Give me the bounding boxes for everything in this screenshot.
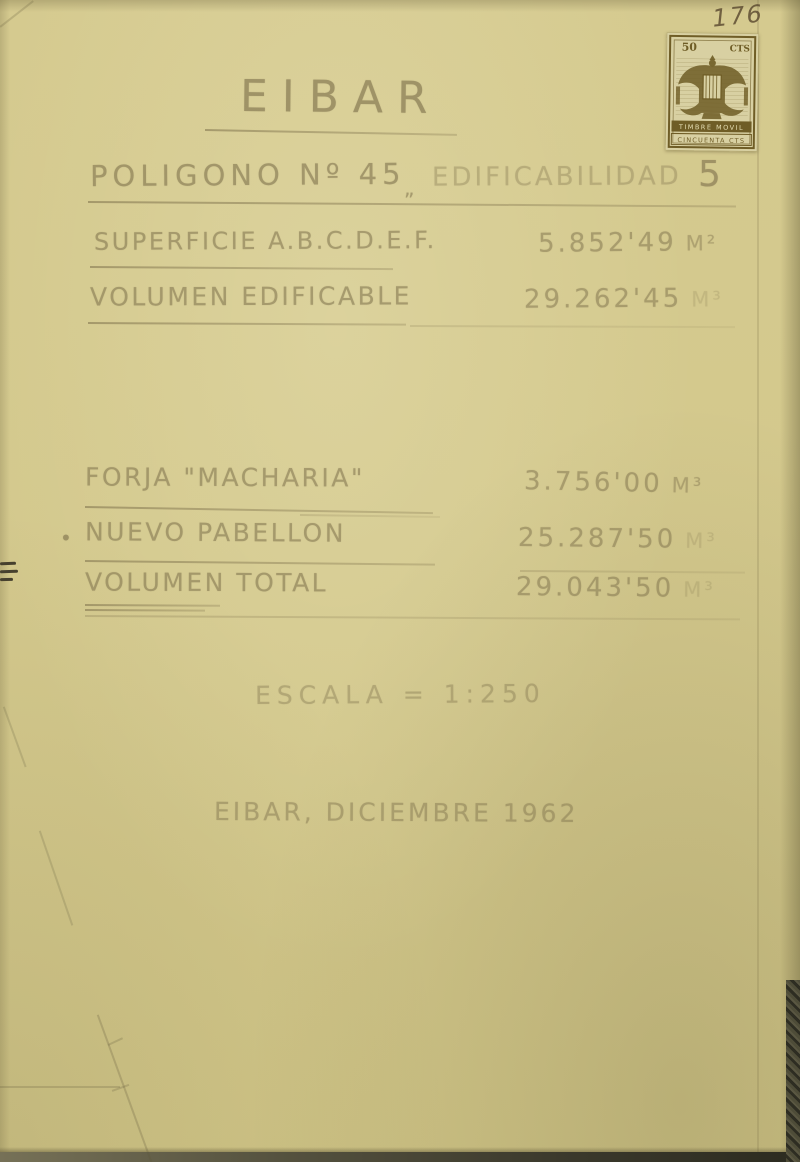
document-title: EIBAR bbox=[240, 71, 442, 124]
subtitle-underline bbox=[88, 201, 736, 208]
summary-row-label: VOLUMEN EDIFICABLE bbox=[90, 281, 412, 311]
scan-right-corner-dark-strip bbox=[786, 980, 800, 1162]
summary-row-label: SUPERFICIE A.B.C.D.E.F. bbox=[94, 226, 437, 256]
detail-value-unit: M³ bbox=[685, 529, 718, 553]
title-underline bbox=[205, 129, 457, 136]
scan-bottom-dark-band bbox=[0, 1152, 800, 1162]
detail-value-number: 25.287'50 bbox=[518, 523, 677, 555]
ghost-diagonal-line bbox=[39, 831, 73, 926]
summary-value-unit: M² bbox=[686, 231, 719, 255]
scanned-document-page: 176 50 CTS TIMBRE MOVIL CINCUENTA CTS bbox=[0, 0, 800, 1162]
summary-row-value: 29.262'45M³ bbox=[524, 283, 724, 314]
forja-underline-2 bbox=[300, 514, 440, 518]
detail-value-number: 29.043'50 bbox=[516, 572, 674, 603]
scale-note: ESCALA = 1:250 bbox=[255, 679, 546, 710]
nuevo-pabellon-underline bbox=[85, 560, 435, 566]
bullet-dot: • bbox=[60, 526, 72, 550]
volumen-total-long-underline bbox=[85, 615, 740, 620]
summary-value-unit: M³ bbox=[691, 287, 724, 311]
forja-underline bbox=[85, 506, 433, 514]
stamp-denomination-right: CTS bbox=[730, 44, 751, 54]
subtitle-separator: „ bbox=[404, 176, 414, 200]
detail-row-value: 29.043'50M³ bbox=[516, 572, 716, 604]
detail-value-unit: M³ bbox=[671, 473, 704, 498]
stamp-denomination-left: 50 bbox=[682, 41, 698, 54]
detail-row-value: 3.756'00M³ bbox=[524, 466, 705, 500]
volumen-total-double-underline-b bbox=[85, 609, 205, 612]
ghost-cross-tick bbox=[108, 1037, 123, 1045]
superficie-underline bbox=[90, 266, 393, 270]
detail-value-number: 3.756'00 bbox=[524, 466, 663, 499]
vertical-fold-crease bbox=[757, 0, 759, 1162]
summary-row-value: 5.852'49M² bbox=[538, 227, 718, 259]
volumen-edificable-guide-line bbox=[410, 325, 735, 328]
stamp-band-text: TIMBRE MOVIL bbox=[678, 123, 744, 132]
volumen-total-double-underline-a bbox=[85, 604, 220, 607]
date-note: EIBAR, DICIEMBRE 1962 bbox=[214, 797, 579, 828]
detail-row-label: VOLUMEN TOTAL bbox=[85, 568, 328, 598]
summary-value-number: 29.262'45 bbox=[524, 284, 682, 315]
stamp-footer-text: CINCUENTA CTS bbox=[677, 136, 745, 145]
page-number: 176 bbox=[711, 0, 766, 33]
margin-tick-marks bbox=[0, 570, 18, 574]
detail-row-label: FORJA "MACHARIA" bbox=[85, 463, 365, 493]
revenue-stamp: 50 CTS TIMBRE MOVIL CINCUENTA CTS bbox=[665, 32, 759, 151]
summary-value-number: 5.852'49 bbox=[538, 228, 677, 259]
volumen-edificable-underline bbox=[88, 322, 406, 326]
ghost-horizontal-line bbox=[0, 1086, 120, 1088]
margin-tick-marks bbox=[0, 578, 13, 581]
subtitle-poligono: POLIGONO Nº 45 bbox=[90, 157, 406, 193]
ghost-diagonal-line bbox=[97, 1014, 152, 1162]
detail-row-label: NUEVO PABELLON bbox=[85, 517, 346, 547]
margin-tick-marks bbox=[0, 562, 16, 566]
paper-top-edge bbox=[0, 0, 800, 12]
subtitle-edificabilidad: EDIFICABILIDAD bbox=[432, 161, 682, 192]
detail-value-unit: M³ bbox=[683, 578, 716, 602]
subtitle-edificabilidad-value: 5 bbox=[698, 154, 721, 195]
detail-row-value: 25.287'50M³ bbox=[518, 523, 718, 555]
